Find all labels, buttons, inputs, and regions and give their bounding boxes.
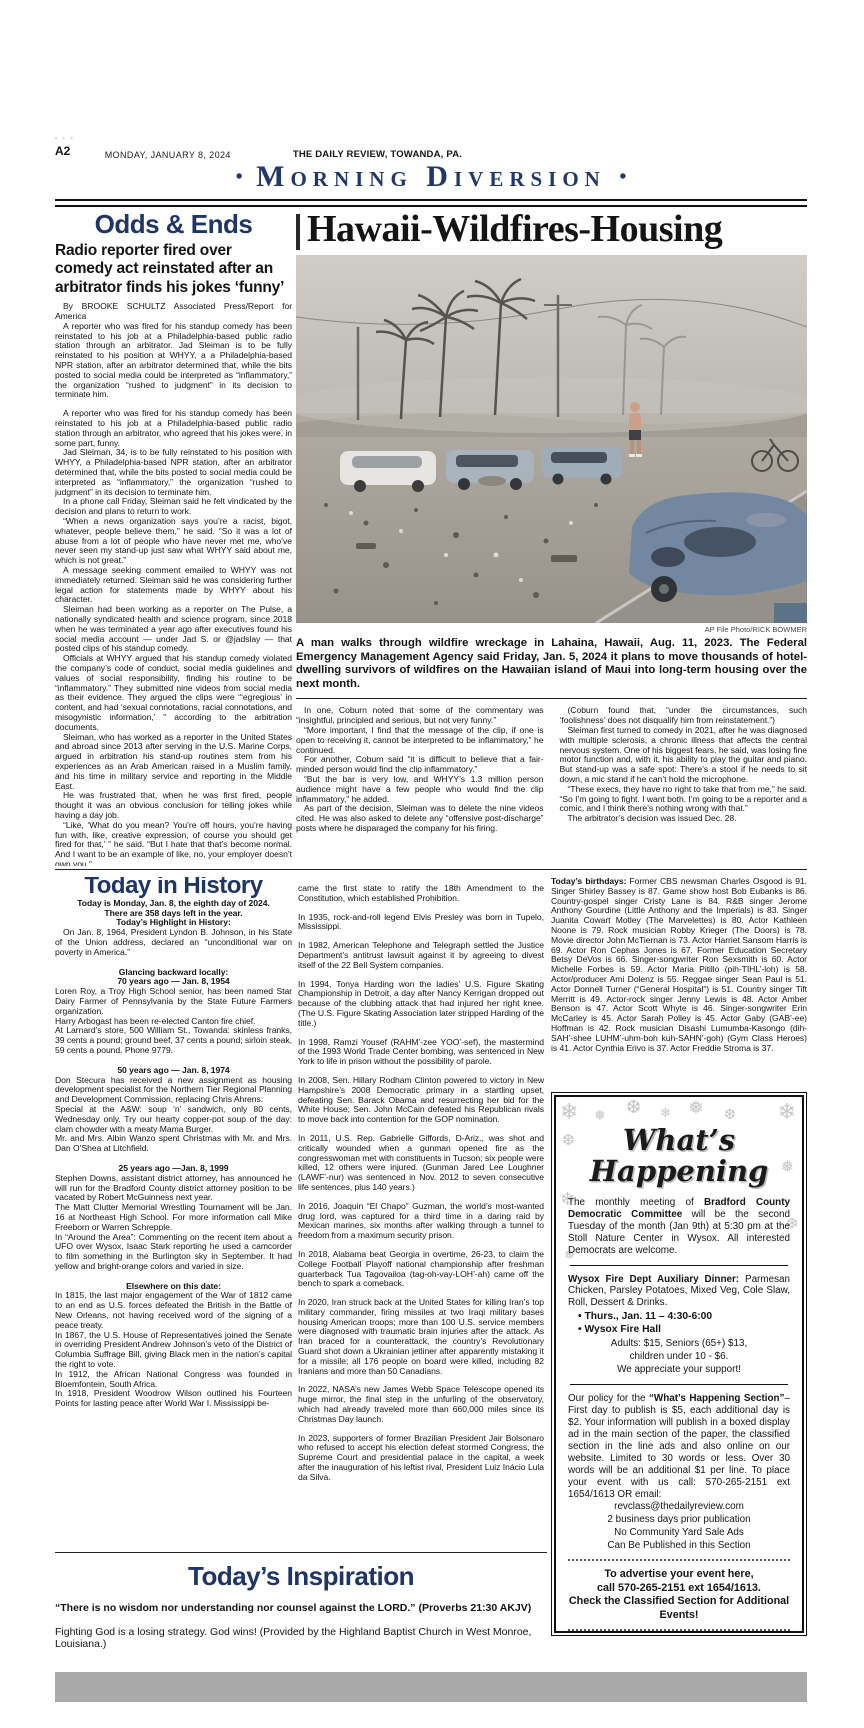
history-item: Mr. and Mrs. Albin Wanzo spent Christmas… [55,1134,292,1154]
article-paragraph: A reporter who was fired for his standup… [55,322,292,400]
history-item: In 2008, Sen. Hillary Rodham Clinton pow… [298,1076,544,1125]
continuation-column-1: In one, Coburn noted that some of the co… [296,706,544,833]
history-item: In 1994, Tonya Harding won the ladies’ U… [298,980,544,1029]
caption-divider [296,698,807,699]
history-title: Today in History [55,881,292,891]
history-item: The Matt Clutter Memorial Wrestling Tour… [55,1203,292,1232]
article-paragraph: “These execs, they have no right to take… [560,785,808,814]
masthead-bullet-right: • [619,166,626,188]
article-byline: By BROOKE SCHULTZ Associated Press/Repor… [55,302,292,322]
event-bullet: • Wysox Fire Hall [578,1324,790,1335]
event-price-line: We appreciate your support! [568,1364,790,1376]
policy-note: Can Be Published in this Section [568,1540,790,1552]
whats-happening-box: ❄ ❅ ❆ ❄ ❅ ❆ ❄ ❆ ❅ ❄ ❆ ❅ What’s Happening… [551,1092,807,1636]
policy-text-bold: “What’s Happening Section” [649,1393,785,1404]
history-item: In 1998, Ramzi Yousef (RAHM’-zee YOO’-se… [298,1038,544,1067]
history-column-1: Today in History Today is Monday, Jan. 8… [55,877,292,1545]
history-item: came the first state to ratify the 18th … [298,884,544,904]
event-divider [570,1384,788,1385]
article-paragraph: Sleiman first turned to comedy in 2021, … [560,726,808,785]
foreground-burnt-car [629,492,807,602]
birthdays-label: Today’s birthdays: [551,877,626,886]
article-paragraph: As part of the decision, Sleiman was to … [296,804,544,833]
event-text-bold: Wysox Fire Dept Auxiliary Dinner: [568,1274,739,1285]
date-line: MONDAY, JANUARY 8, 2024 [105,150,231,160]
history-item: In 2011, U.S. Rep. Gabrielle Giffords, D… [298,1134,544,1193]
policy-note: 2 business days prior publication [568,1514,790,1526]
history-item: In 2018, Alabama beat Georgia in overtim… [298,1250,544,1289]
advertise-note: Check the Classified Section for Additio… [568,1595,790,1622]
inspiration-title: Today’s Inspiration [55,1561,547,1592]
masthead-rule [55,199,807,207]
history-item: In 1912, the African National Congress w… [55,1370,292,1390]
article-paragraph: “Like, ‘What do you mean? You’re off hou… [55,821,292,866]
history-item: At Larnard’s store, 500 William St., Tow… [55,1026,292,1055]
continuation-column-2: (Coburn found that, “under the circumsta… [560,706,808,833]
snowflake-icon: ❆ [724,1106,736,1123]
event-paragraph: Wysox Fire Dept Auxiliary Dinner: Parmes… [568,1274,790,1310]
article-paragraph: Jad Sleiman, 34, is to be fully reinstat… [55,448,292,497]
birthdays-text: Former CBS newsman Charles Osgood is 91.… [551,877,807,1053]
right-column: Today’s birthdays:Former CBS newsman Cha… [551,877,807,1636]
article-paragraph: (Coburn found that, “under the circumsta… [560,706,808,726]
section-divider-rule [55,869,807,870]
article-paragraph: “But the bar is very low, and WHYY’s 1.3… [296,775,544,804]
whats-happening-title-line2: Happening [568,1156,790,1187]
hawaii-story: Hawaii-Wildfires-Housing [296,208,807,834]
snowflake-icon: ❄ [560,1099,578,1125]
masthead-title: Morning Diversion [256,160,606,193]
history-item: In 1982, American Telephone and Telegrap… [298,941,544,970]
bottom-bar [55,1672,807,1702]
hawaii-headline: Hawaii-Wildfires-Housing [307,208,722,250]
inspiration-section: Today’s Inspiration “There is no wisdom … [55,1552,547,1650]
article-paragraph: A reporter who was fired for his standup… [55,409,292,448]
snowflake-icon: ❄ [660,1105,671,1121]
snowflake-icon: ❆ [626,1097,641,1118]
event-bullet: • Thurs., Jan. 11 – 4:30-6:00 [578,1311,790,1322]
snowflake-icon: ❅ [594,1107,606,1124]
photo-caption: A man walks through wildfire wreckage in… [296,637,807,691]
odds-ends-title: Odds & Ends [55,220,292,230]
history-item: In 2022, NASA’s new James Webb Space Tel… [298,1385,544,1424]
event-text: The monthly meeting of [568,1197,704,1208]
dotted-divider [568,1629,790,1631]
inspiration-text: Fighting God is a losing strategy. God w… [55,1626,547,1650]
article-paragraph: In one, Coburn noted that some of the co… [296,706,544,726]
headline-bar [296,214,300,250]
history-item: In 2023, supporters of former Brazilian … [298,1434,544,1483]
wildfire-photo [296,255,807,623]
policy-text: – First day to publish is $5, each addit… [568,1393,790,1499]
history-item: In 1867, the U.S. House of Representativ… [55,1331,292,1370]
advertise-note: To advertise your event here, [568,1568,790,1582]
policy-text: Our policy for the [568,1393,649,1404]
page-number-block: ◦ ◦ ◦ A2 [55,137,75,160]
event-price-line: Adults: $15, Seniors (65+) $13, [568,1338,790,1350]
history-item: In 1918, President Woodrow Wilson outlin… [55,1389,292,1409]
event-divider [570,1265,788,1266]
history-item: Stephen Downs, assistant district attorn… [55,1174,292,1203]
article-paragraph: Officials at WHYY argued that his standu… [55,654,292,732]
event-price-line: children under 10 - $6. [568,1351,790,1363]
article-paragraph: “More important, I find that the message… [296,726,544,755]
birthdays-paragraph: Today’s birthdays:Former CBS newsman Cha… [551,877,807,1085]
article-paragraph: The arbitrator’s decision was issued Dec… [560,814,808,824]
page-header: ◦ ◦ ◦ A2 MONDAY, JANUARY 8, 2024 THE DAI… [55,140,807,160]
paper-name: THE DAILY REVIEW, TOWANDA, PA. [293,149,462,160]
section-masthead: • Morning Diversion • [55,160,807,194]
article-paragraph: “When a news organization says you’re a … [55,517,292,566]
history-item: Loren Roy, a Troy High School senior, ha… [55,987,292,1016]
history-column-2: came the first state to ratify the 18th … [298,884,544,1546]
photo-credit: AP File Photo/RICK BOWMER [296,625,807,634]
page-number: A2 [55,144,70,158]
article-paragraph: A message seeking comment emailed to WHY… [55,566,292,605]
history-item: In 1815, the last major engagement of th… [55,1291,292,1330]
policy-note: No Community Yard Sale Ads [568,1527,790,1539]
event-paragraph: The monthly meeting of Bradford County D… [568,1197,790,1257]
folio-dots: ◦ ◦ ◦ [55,137,75,142]
history-item: Special at the A&W: soup ’n’ sandwich, o… [55,1105,292,1134]
history-item: In “Around the Area”: Commenting on the … [55,1233,292,1272]
whats-happening-title-line1: What’s [568,1125,790,1156]
article-headline: Radio reporter fired over comedy act rei… [55,242,292,298]
snowflake-icon: ❄ [778,1099,796,1125]
history-item: In 2016, Joaquin “El Chapo” Guzman, the … [298,1202,544,1241]
policy-paragraph: Our policy for the “What’s Happening Sec… [568,1393,790,1500]
article-paragraph: For another, Coburn said “it is difficul… [296,755,544,775]
contact-email: revclass@thedailyreview.com [568,1501,790,1513]
snowflake-icon: ❅ [688,1097,704,1120]
history-item: In 1935, rock-and-roll legend Elvis Pres… [298,913,544,933]
masthead-bullet-left: • [236,166,243,188]
inspiration-quote: “There is no wisdom nor understanding no… [55,1602,547,1614]
article-paragraph: He was frustrated that, when he was firs… [55,791,292,820]
dotted-divider [568,1559,790,1561]
article-paragraph: Sleiman had been working as a reporter o… [55,605,292,654]
odds-ends-column: Odds & Ends Radio reporter fired over co… [55,212,292,866]
article-paragraph: In a phone call Friday, Sleiman said he … [55,497,292,517]
history-item: Don Stecura has received a new assignmen… [55,1076,292,1105]
history-item: In 2020, Iran struck back at the United … [298,1298,544,1376]
history-item: On Jan. 8, 1964, President Lyndon B. Joh… [55,928,292,957]
advertise-note: call 570-265-2151 ext 1654/1613. [568,1582,790,1596]
article-paragraph: Sleiman, who has worked as a reporter in… [55,733,292,792]
